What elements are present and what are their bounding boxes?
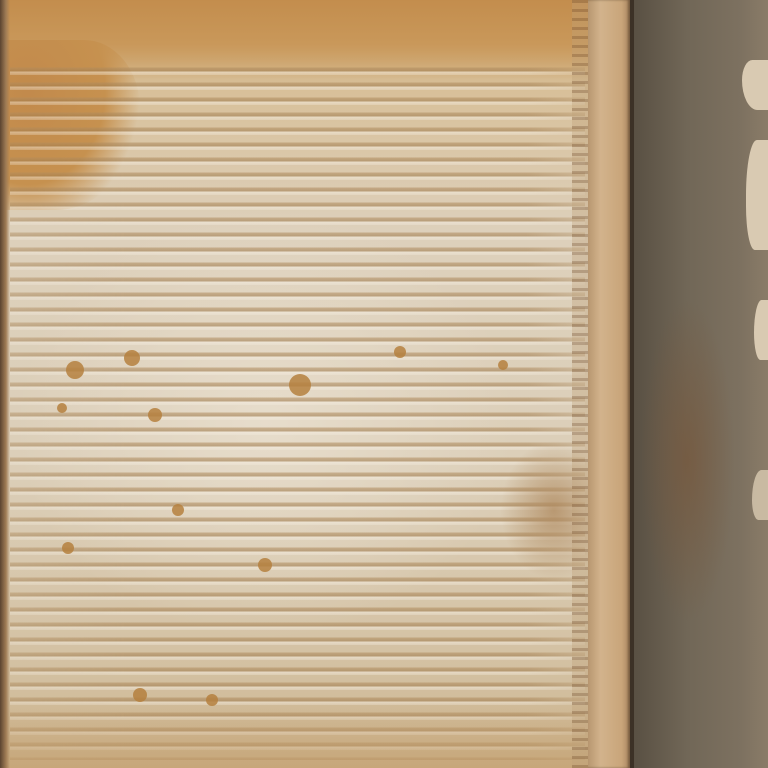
page-left-edge [0, 0, 10, 768]
foxing-spot [394, 346, 406, 358]
foxing-spot [172, 504, 184, 516]
foxing-spot [66, 361, 84, 379]
torn-paper-fragment [752, 470, 768, 520]
foxing-spot [206, 694, 218, 706]
handwriting-lines [10, 60, 585, 760]
foxing-spot [148, 408, 162, 422]
torn-paper-fragment [754, 300, 768, 360]
foxing-spot [289, 374, 311, 396]
torn-paper-fragment [746, 140, 768, 250]
foxing-spot [62, 542, 74, 554]
torn-paper-fragment [742, 60, 768, 110]
foxing-spot [133, 688, 147, 702]
bottom-stain [0, 700, 590, 768]
manuscript-page [0, 0, 590, 768]
margin-strip [588, 0, 630, 768]
manuscript-scene [0, 0, 768, 768]
foxing-spot [124, 350, 140, 366]
dark-backing [634, 0, 768, 768]
foxing-spot [498, 360, 508, 370]
foxing-spot [57, 403, 67, 413]
foxing-spot [258, 558, 272, 572]
